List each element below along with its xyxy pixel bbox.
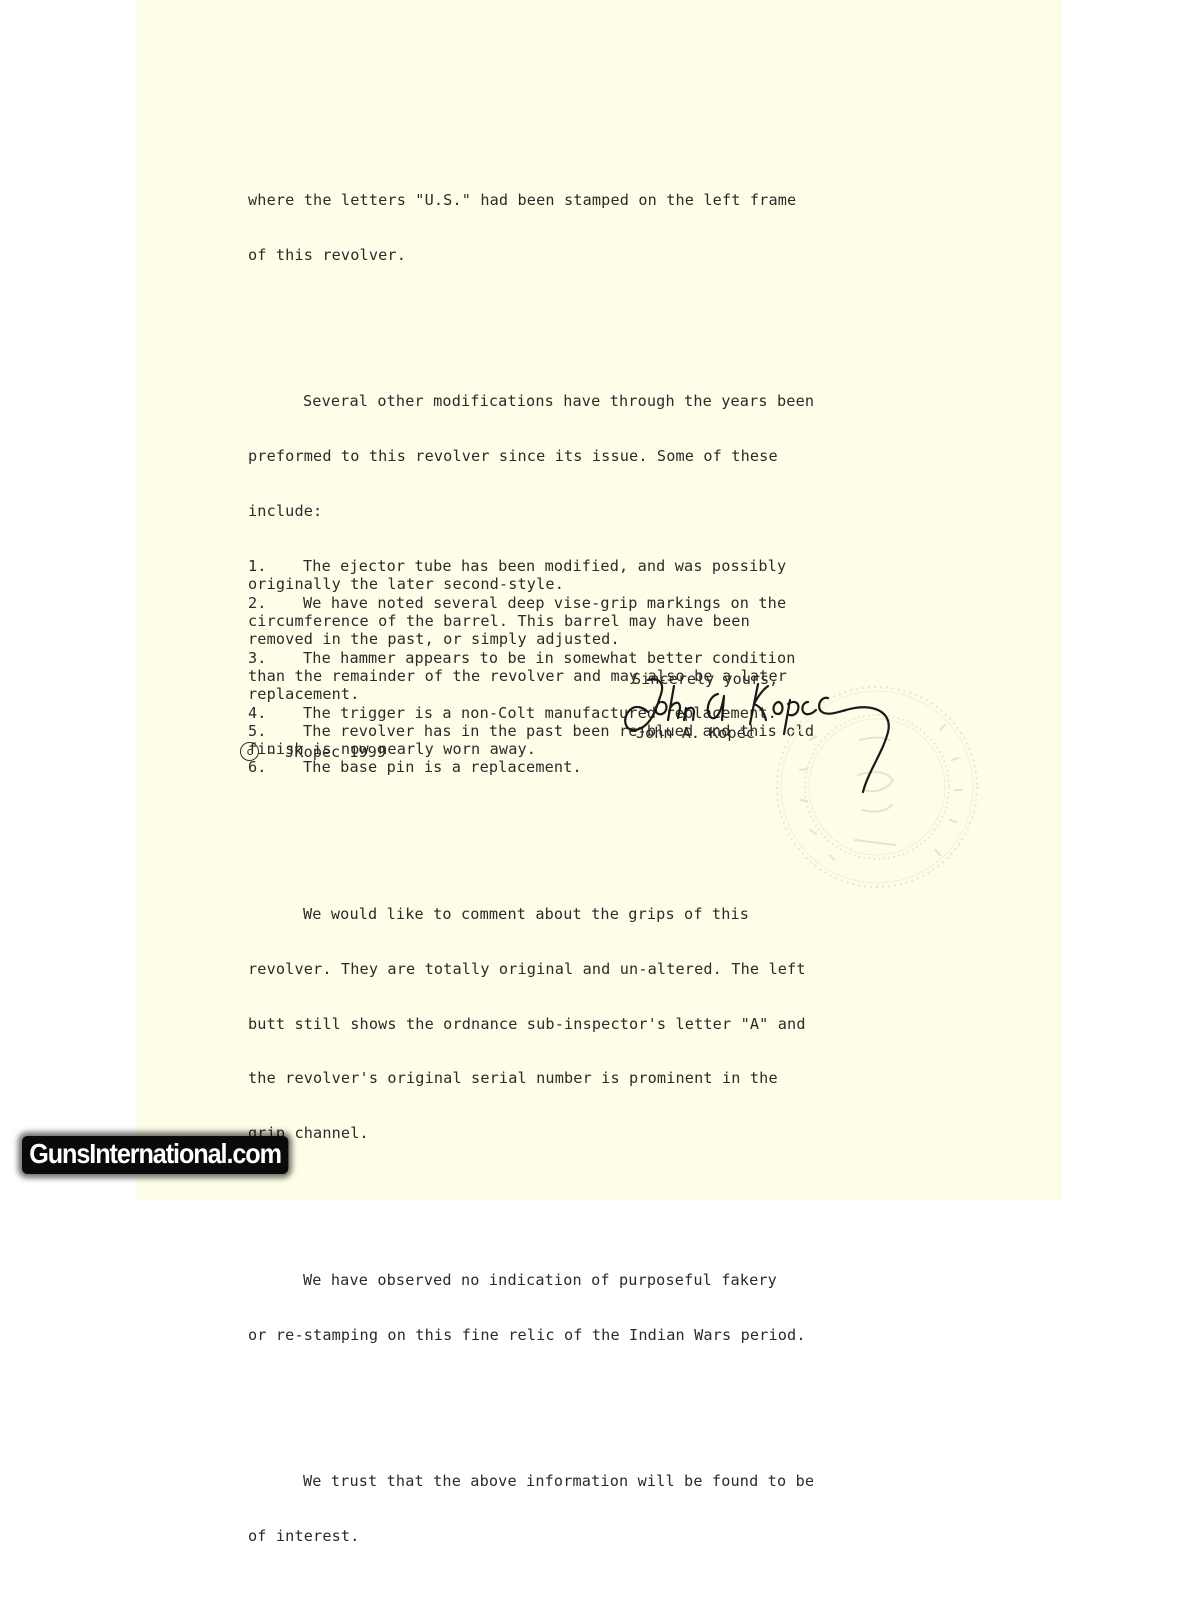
list-text: We have noted several deep vise-grip mar…	[303, 594, 786, 612]
letter-body: where the letters "U.S." had been stampe…	[248, 118, 948, 1200]
list-text: The hammer appears to be in somewhat bet…	[303, 649, 796, 667]
text-line: circumference of the barrel. This barrel…	[248, 612, 948, 630]
modification-list-item: 1.The ejector tube has been modified, an…	[248, 557, 948, 575]
list-number: 2.	[248, 594, 303, 612]
text-line: butt still shows the ordnance sub-inspec…	[248, 1015, 948, 1033]
copyright-notice: c - JKopec 1999	[240, 742, 386, 761]
modification-list-item: 3.The hammer appears to be in somewhat b…	[248, 649, 948, 667]
paragraph-us-stamp: where the letters "U.S." had been stampe…	[248, 155, 948, 301]
list-number: 4.	[248, 704, 303, 722]
list-number: 5.	[248, 722, 303, 740]
text-line: originally the later second-style.	[248, 575, 948, 593]
paragraph-grips: We would like to comment about the grips…	[248, 868, 948, 1179]
list-text: removed in the past, or simply adjusted.	[248, 630, 620, 648]
copyright-icon: c	[240, 742, 259, 761]
site-watermark-logo: GunsInternational.com	[22, 1136, 288, 1174]
text-line: We would like to comment about the grips…	[248, 905, 948, 923]
copyright-text: - JKopec 1999	[267, 743, 386, 761]
text-line: Several other modifications have through…	[248, 392, 948, 410]
list-text: The ejector tube has been modified, and …	[303, 557, 786, 575]
text-line: revolver. They are totally original and …	[248, 960, 948, 978]
list-text: circumference of the barrel. This barrel…	[248, 612, 750, 630]
list-number: 6.	[248, 758, 303, 776]
text-line: where the letters "U.S." had been stampe…	[248, 191, 948, 209]
text-line: the revolver's original serial number is…	[248, 1069, 948, 1087]
list-text: The base pin is a replacement.	[303, 758, 582, 776]
handwritten-signature-icon	[618, 672, 908, 802]
text-line: of this revolver.	[248, 246, 948, 264]
text-line: include:	[248, 502, 948, 520]
list-number: 1.	[248, 557, 303, 575]
list-text: originally the later second-style.	[248, 575, 564, 593]
text-line: preformed to this revolver since its iss…	[248, 447, 948, 465]
modification-list-item: 2.We have noted several deep vise-grip m…	[248, 594, 948, 612]
text-line: grip channel.	[248, 1124, 948, 1142]
list-number: 3.	[248, 649, 303, 667]
list-text: replacement.	[248, 685, 360, 703]
text-line: removed in the past, or simply adjusted.	[248, 630, 948, 648]
